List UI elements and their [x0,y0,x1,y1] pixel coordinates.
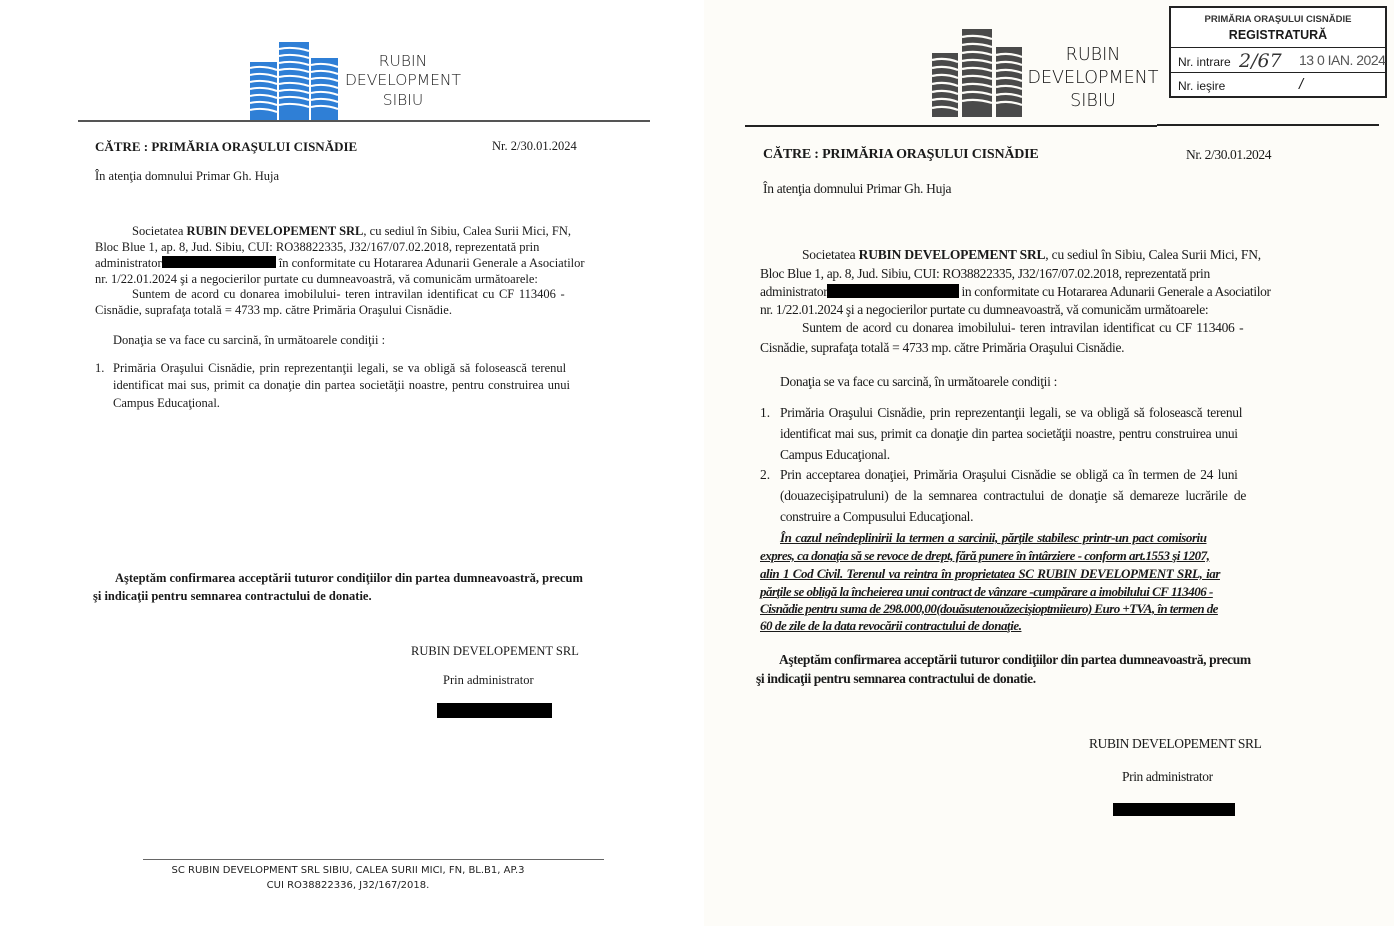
signature-by: Prin administrator [443,673,534,688]
agree-line-2: Cisnădie, suprafaţa totală = 4733 mp. că… [95,303,452,318]
intro-line-2: Bloc Blue 1, ap. 8, Jud. Sibiu, CUI: RO3… [760,266,1210,282]
document-number: Nr. 2/30.01.2024 [1186,147,1271,163]
intro-line-2: Bloc Blue 1, ap. 8, Jud. Sibiu, CUI: RO3… [95,240,539,255]
agree-line-2: Cisnădie, suprafaţa totală = 4733 mp. că… [760,340,1124,356]
intro-line-4: nr. 1/22.01.2024 şi a negocierilor purta… [760,302,1208,318]
condition-line: Primăria Oraşului Cisnădie, prin repreze… [113,361,566,376]
penalty-clause-line: părţile se obligă la încheierea unui con… [760,584,1213,600]
registry-stamp: PRIMĂRIA ORAŞULUI CISNĂDIE REGISTRATURĂ … [1169,6,1387,98]
redacted-signature [437,703,552,718]
company-logo-text: RUBIN DEVELOPMENT SIBIU [1022,44,1164,112]
company-name: RUBIN DEVELOPEMENT SRL [859,247,1046,262]
condition-line: identificat mai sus, primit ca donaţie d… [780,426,1238,442]
condition-line: (douazecişipatruluni) de la semnarea con… [780,488,1246,504]
agree-line-1: Suntem de acord cu donarea imobilului- t… [802,320,1243,336]
conditions-intro: Donaţia se va face cu sarcină, în următo… [113,333,385,348]
closing-line-2: şi indicaţii pentru semnarea contractulu… [756,671,1036,687]
exit-number-value: / [1299,76,1303,93]
condition-line: Campus Educaţional. [113,396,220,411]
original-letter-page: RUBIN DEVELOPMENT SIBIU CĂTRE : PRIMĂRIA… [0,0,700,933]
header-divider-right [1157,124,1379,126]
redacted-signature [1113,803,1235,816]
penalty-clause-line: expres, ca donaţia să se revoce de drept… [760,548,1209,564]
closing-line-1: Aşteptăm confirmarea acceptării tuturor … [115,571,583,586]
condition-number: 2. [760,467,770,483]
conditions-intro: Donaţia se va face cu sarcină, în următo… [780,374,1057,390]
agree-line-1: Suntem de acord cu donarea imobilului- t… [132,287,565,302]
condition-line: Prin acceptarea donaţiei, Primăria Oraşu… [780,467,1238,483]
penalty-clause-line: În cazul neîndeplinirii la termen a sarc… [780,530,1207,546]
condition-line: construire a Compusului Educaţional. [780,509,973,525]
stamp-header: PRIMĂRIA ORAŞULUI CISNĂDIE [1171,14,1385,25]
intro-line-4: nr. 1/22.01.2024 şi a negocierilor purta… [95,272,538,287]
closing-line-2: şi indicaţii pentru semnarea contractulu… [93,589,372,604]
condition-number: 1. [95,361,104,376]
attention-line: În atenţia domnului Primar Gh. Huja [763,181,951,197]
buildings-logo-icon [930,27,1024,117]
company-logo-text: RUBIN DEVELOPMENT SIBIU [338,52,468,110]
recipient-heading: CĂTRE : PRIMĂRIA ORAŞULUI CISNĂDIE [763,147,1039,163]
footer-divider [143,859,604,860]
closing-line-1: Aşteptăm confirmarea acceptării tuturor … [779,652,1251,668]
penalty-clause-line: 60 de zile de la data revocării contract… [760,618,1022,634]
header-divider [78,120,650,122]
intro-line-3: administrator în conformitate cu Hotarar… [95,256,585,271]
condition-line: identificat mai sus, primit ca donaţie d… [113,378,570,393]
exit-number-label: Nr. ieşire [1178,79,1225,93]
stamp-title: REGISTRATURĂ [1171,28,1385,42]
recipient-heading: CĂTRE : PRIMĂRIA ORAŞULUI CISNĂDIE [95,139,357,155]
header-divider [745,125,1157,127]
redacted-name [827,284,959,298]
entry-number-label: Nr. intrare [1178,55,1231,69]
intro-line-1: Societatea RUBIN DEVELOPEMENT SRL, cu se… [802,247,1261,263]
logo-line-1: RUBIN [338,52,468,71]
logo-line-3: SIBIU [338,91,468,110]
company-name: RUBIN DEVELOPEMENT SRL [187,224,364,238]
logo-line-3: SIBIU [1022,90,1164,113]
buildings-logo-icon [248,40,340,120]
intro-line-3: administratorin conformitate cu Hotarare… [760,284,1271,300]
document-number: Nr. 2/30.01.2024 [492,139,577,154]
condition-line: Campus Educaţional. [780,447,890,463]
footer-line-2: CUI RO38822336, J32/167/2018. [143,878,553,893]
signature-company: RUBIN DEVELOPEMENT SRL [411,644,579,659]
logo-line-2: DEVELOPMENT [1022,67,1164,90]
condition-number: 1. [760,405,770,421]
entry-date-stamp: 13 0 IAN. 2024 [1299,52,1385,68]
attention-line: În atenţia domnului Primar Gh. Huja [95,169,279,184]
signature-by: Prin administrator [1122,769,1213,785]
footer-line-1: SC RUBIN DEVELOPMENT SRL SIBIU, CALEA SU… [143,863,553,878]
redacted-name [162,256,276,268]
penalty-clause-line: Cisnădie pentru suma de 298.000,00(douăs… [760,601,1218,617]
signature-company: RUBIN DEVELOPEMENT SRL [1089,736,1261,752]
intro-line-1: Societatea RUBIN DEVELOPEMENT SRL, cu se… [132,224,571,239]
condition-line: Primăria Oraşului Cisnădie, prin repreze… [780,405,1242,421]
logo-line-2: DEVELOPMENT [338,71,468,90]
footer-address: SC RUBIN DEVELOPMENT SRL SIBIU, CALEA SU… [143,863,553,893]
penalty-clause-line: alin 1 Cod Civil. Terenul va reintra în … [760,566,1220,582]
entry-number-value: 2/67 [1239,50,1282,72]
logo-line-1: RUBIN [1022,44,1164,67]
registered-letter-page [704,0,1394,926]
